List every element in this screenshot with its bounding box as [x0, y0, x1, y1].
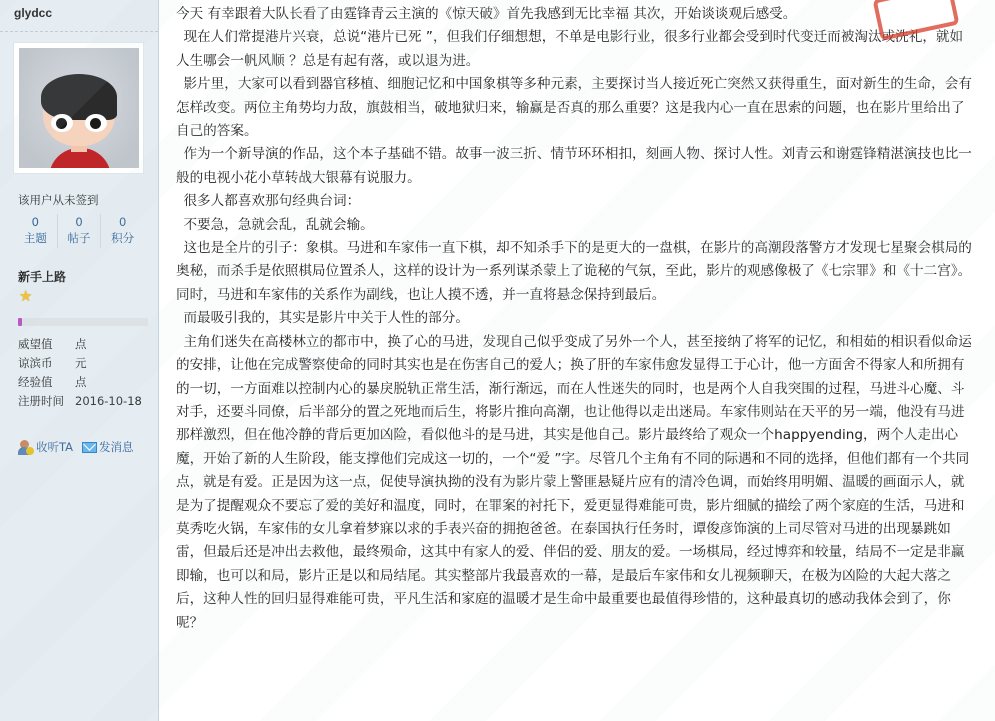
info-row: 威望值 点: [18, 335, 142, 354]
post-paragraph: 作为一个新导演的作品，这个本子基础不错。故事一波三折、情节环环相扣，刻画人物、探…: [176, 143, 976, 190]
info-key: 经验值: [18, 373, 75, 392]
post-paragraph: 影片里，大家可以看到器官移植、细胞记忆和中国象棋等多种元素，主要探讨当人接近死亡…: [176, 73, 976, 143]
username-link[interactable]: glydcc: [14, 6, 52, 20]
info-key: 注册时间: [18, 392, 75, 411]
info-value: 点: [75, 335, 87, 354]
post-paragraph: 今天 有幸跟着大队长看了由霆锋青云主演的《惊天破》首先我感到无比幸福 其次，开始…: [176, 3, 976, 26]
follow-label: 收听TA: [36, 439, 73, 455]
divider: [0, 31, 158, 32]
user-info-list: 威望值 点 谅滨币 元 经验值 点 注册时间 2016-10-18: [18, 335, 142, 411]
post-paragraph: 而最吸引我的，其实是影片中关于人性的部分。: [176, 307, 976, 330]
info-row: 谅滨币 元: [18, 354, 142, 373]
stat-label: 积分: [101, 230, 144, 246]
stat-value: 0: [14, 214, 57, 230]
checkin-status: 该用户从未签到: [18, 192, 99, 208]
follow-user-icon: [18, 439, 34, 455]
stat-label: 帖子: [58, 230, 101, 246]
post-paragraph: 很多人都喜欢那句经典台词：: [176, 190, 976, 213]
stat-topics[interactable]: 0 主题: [14, 214, 57, 248]
post-paragraph: 这也是全片的引子：象棋。马进和车家伟一直下棋，却不知杀手下的是更大的一盘棋，在影…: [176, 237, 976, 307]
info-row: 注册时间 2016-10-18: [18, 392, 142, 411]
user-rank[interactable]: 新手上路: [18, 268, 66, 285]
post-paragraph: 主角们迷失在高楼林立的都市中，换了心的马进，发现自己似乎变成了另外一个人，甚至接…: [176, 331, 976, 635]
info-value: 元: [75, 354, 87, 373]
stat-label: 主题: [14, 230, 57, 246]
send-message-label: 发消息: [99, 439, 134, 455]
mail-icon: [82, 442, 97, 453]
info-value: 点: [75, 373, 87, 392]
rank-progress-fill: [18, 318, 22, 326]
avatar[interactable]: [19, 48, 139, 168]
star-icon: ★: [19, 289, 32, 303]
avatar-frame[interactable]: [14, 43, 143, 173]
post-paragraph: 不要急，急就会乱，乱就会输。: [176, 214, 976, 237]
user-actions: 收听TA 发消息: [18, 439, 134, 455]
send-message-button[interactable]: 发消息: [82, 439, 134, 455]
stat-posts[interactable]: 0 帖子: [57, 214, 101, 248]
post-content: 今天 有幸跟着大队长看了由霆锋青云主演的《惊天破》首先我感到无比幸福 其次，开始…: [176, 3, 976, 635]
avatar-hair: [41, 74, 117, 120]
avatar-eye: [51, 114, 73, 132]
user-stats: 0 主题 0 帖子 0 积分: [14, 214, 144, 248]
post-paragraph: 现在人们常提港片兴衰，总说“港片已死 ”，但我们仔细想想，不单是电影行业，很多行…: [176, 26, 976, 73]
stat-points[interactable]: 0 积分: [100, 214, 144, 248]
stat-value: 0: [58, 214, 101, 230]
rank-progress-bar: [18, 318, 148, 326]
info-row: 经验值 点: [18, 373, 142, 392]
follow-button[interactable]: 收听TA: [18, 439, 73, 455]
avatar-eye: [85, 114, 107, 132]
stat-value: 0: [101, 214, 144, 230]
info-key: 威望值: [18, 335, 75, 354]
info-key: 谅滨币: [18, 354, 75, 373]
info-value: 2016-10-18: [75, 392, 142, 411]
user-profile-sidebar: glydcc 该用户从未签到 0 主题 0 帖子 0 积分 新手上路 ★: [0, 0, 159, 721]
